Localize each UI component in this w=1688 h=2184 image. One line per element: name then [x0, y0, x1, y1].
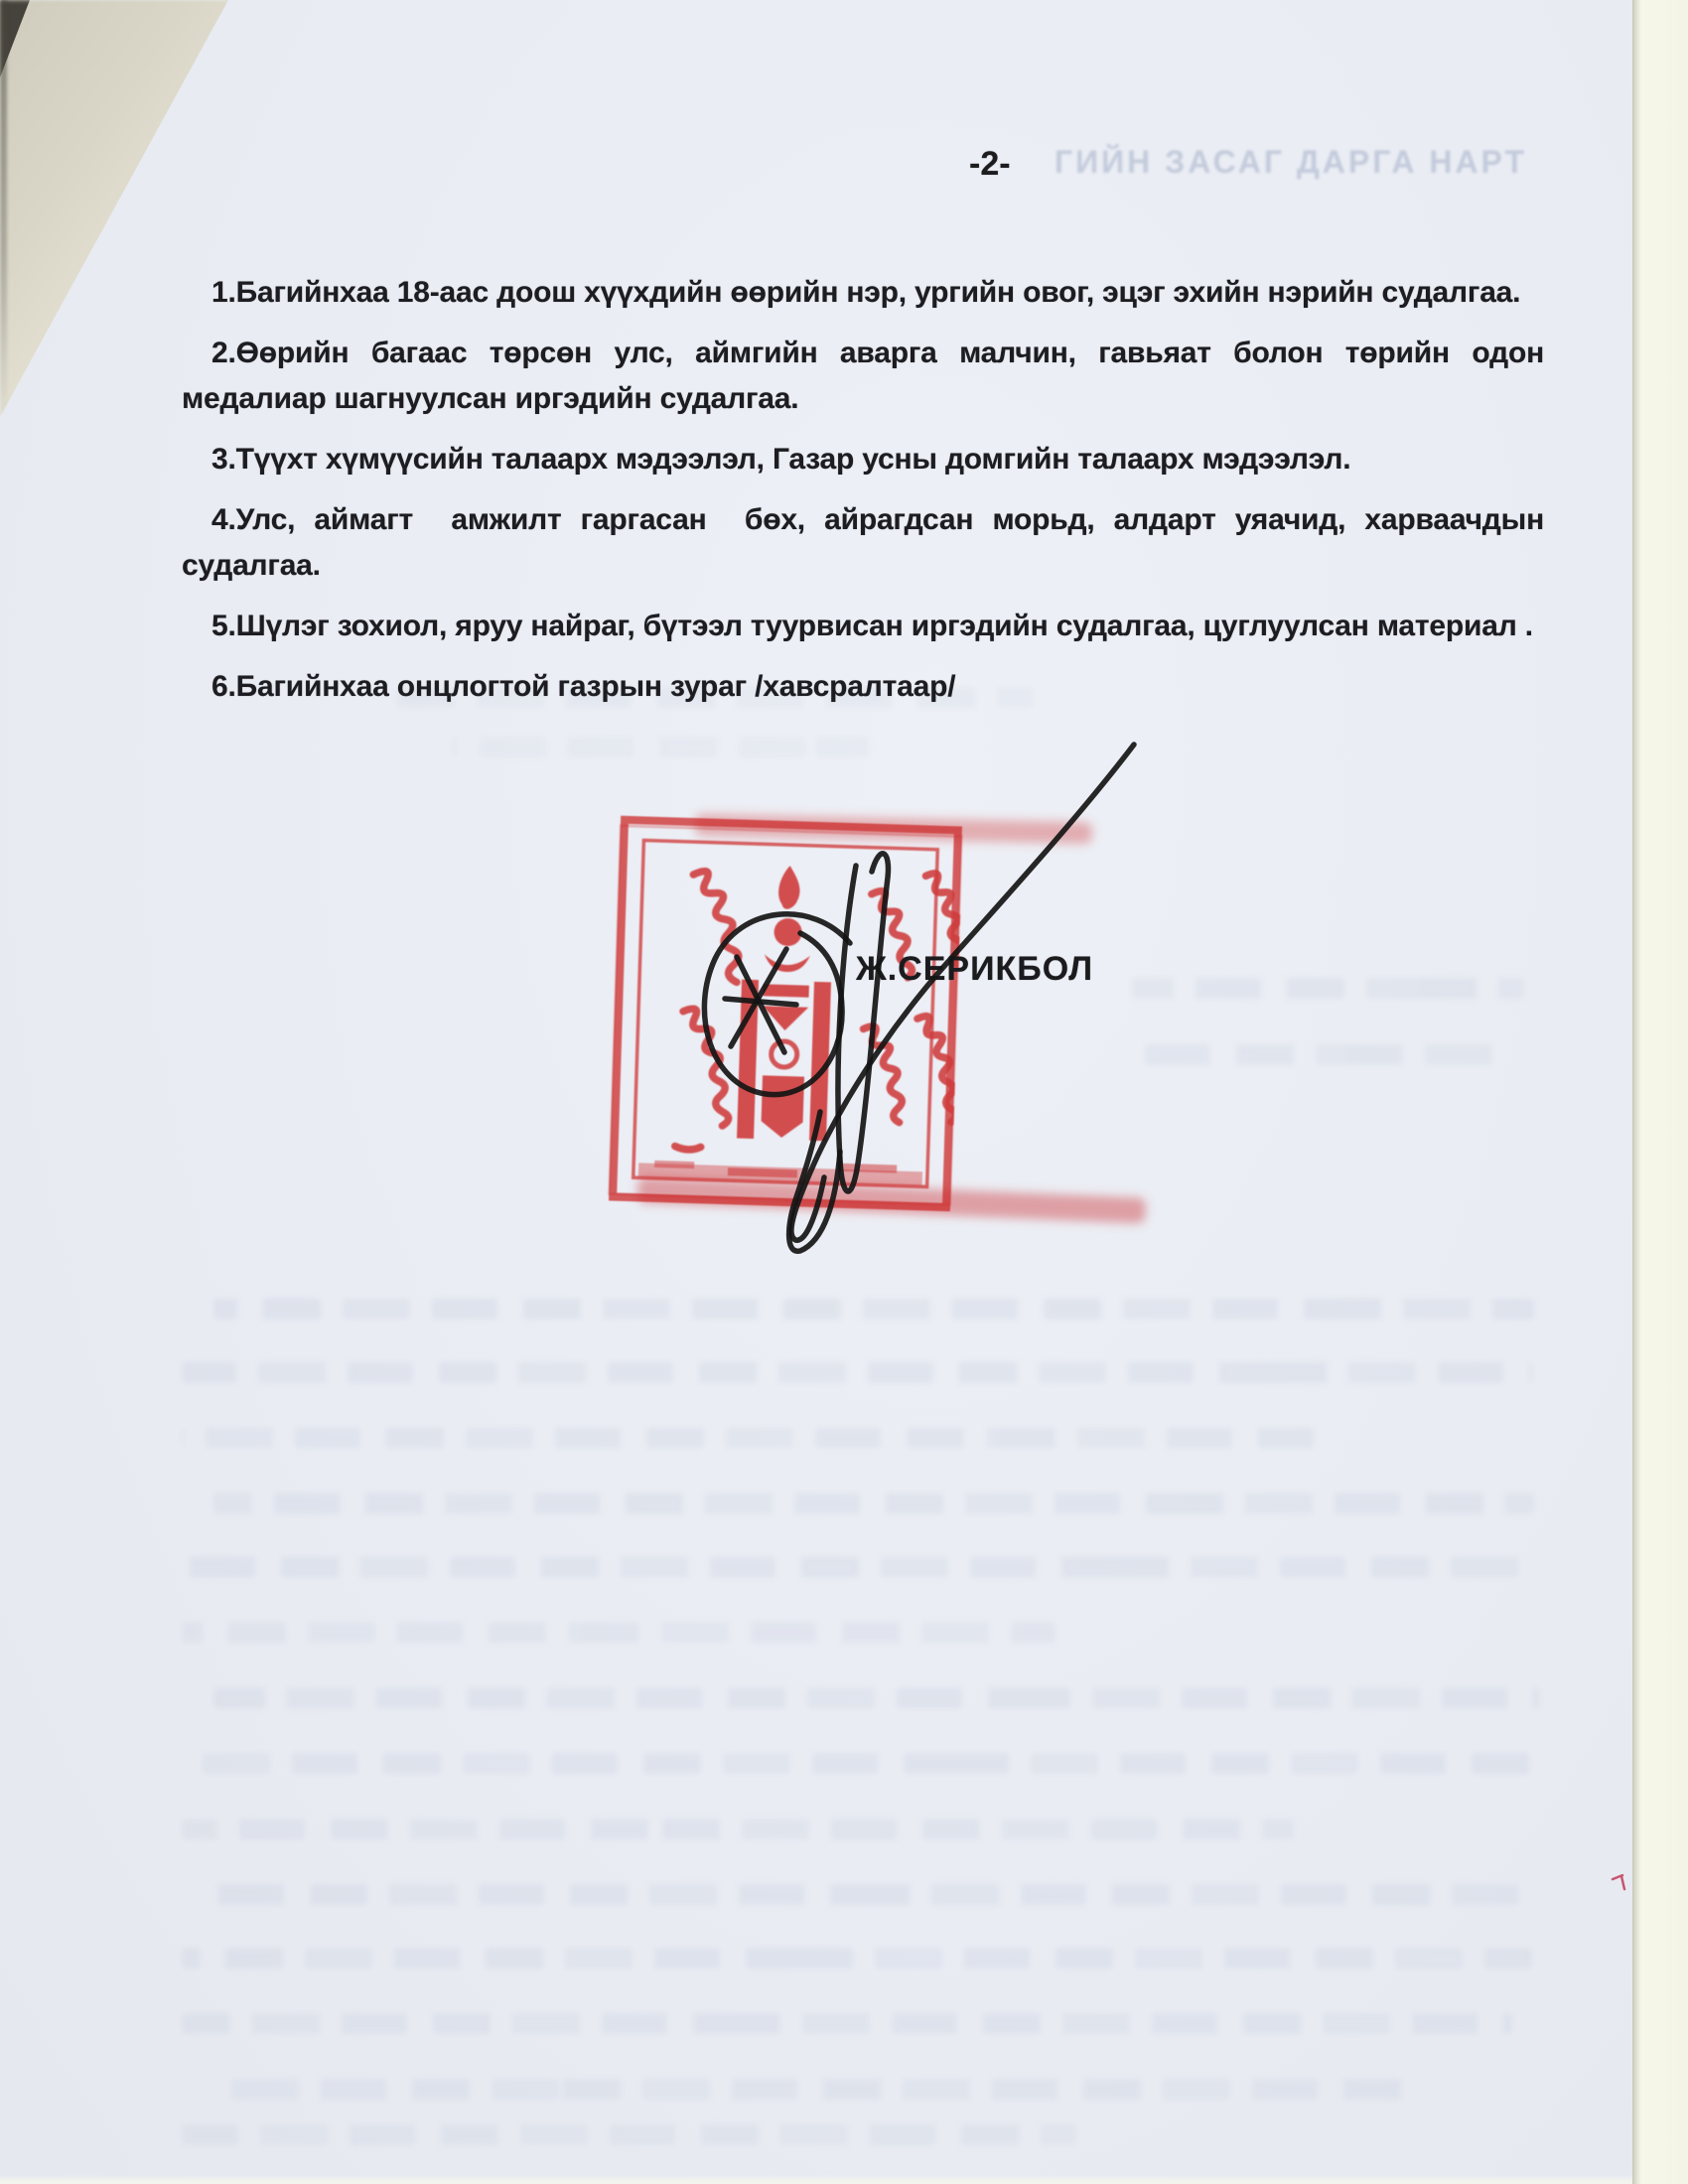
page-number: -2-	[969, 145, 1011, 184]
bleed-through-line	[213, 1688, 1539, 1708]
scanned-document-page: { "page": { "number": "-2-", "ghost_head…	[0, 0, 1688, 2184]
bleed-through-line	[213, 1493, 1534, 1514]
bleed-through-line	[213, 2079, 1405, 2100]
document-paragraph-1: 1.Багийнхаа 18-аас доош хүүхдийн өөрийн …	[182, 270, 1544, 316]
bleed-through-line	[1134, 1044, 1503, 1065]
stamp-script-right	[861, 872, 963, 1125]
soyombo-emblem	[737, 865, 835, 1142]
page-bottom-edge	[0, 2175, 1688, 2184]
bleed-through-line	[182, 2013, 1512, 2034]
bleed-through-line	[182, 2124, 1075, 2145]
document-paragraph-5: 5.Шүлэг зохиол, яруу найраг, бүтээл туур…	[182, 604, 1544, 649]
red-ink-speck	[1611, 1872, 1630, 1894]
bleed-through-header-text: ГИЙН ЗАСАГ ДАРГА НАРТ	[1055, 144, 1527, 181]
bleed-through-line	[182, 1557, 1532, 1577]
document-body: 1.Багийнхаа 18-аас доош хүүхдийн өөрийн …	[182, 270, 1544, 725]
soyombo-seal-icon	[608, 815, 963, 1213]
signatory-name: Ж.СЕРИКБОЛ	[856, 950, 1093, 989]
document-paragraph-6: 6.Багийнхаа онцлогтой газрын зураг /хавс…	[182, 664, 1544, 710]
document-paragraph-2: 2.Өөрийн багаас төрсөн улс, аймгийн авар…	[182, 331, 1544, 422]
bleed-through-line	[182, 1753, 1530, 1774]
bleed-through-line	[452, 737, 869, 757]
bleed-through-line	[213, 1298, 1534, 1319]
bleed-through-line	[182, 1622, 1055, 1643]
bleed-through-line	[182, 1428, 1314, 1448]
document-paragraph-3: 3.Түүхт хүмүүсийн талаарх мэдээлэл, Газа…	[182, 437, 1544, 482]
scanner-background-strip	[1632, 0, 1688, 2184]
bleed-through-line	[182, 1819, 1294, 1840]
official-stamp	[608, 815, 963, 1213]
stamp-script-left	[675, 871, 742, 1152]
page-edge-shadow	[0, 0, 7, 417]
bleed-through-line	[1132, 978, 1524, 999]
bleed-through-line	[182, 1948, 1532, 1969]
bleed-through-line	[182, 1362, 1532, 1383]
bleed-through-line	[213, 1884, 1536, 1905]
document-paragraph-4: 4.Улс, аймагт амжилт гаргасан бөх, айраг…	[182, 497, 1544, 589]
